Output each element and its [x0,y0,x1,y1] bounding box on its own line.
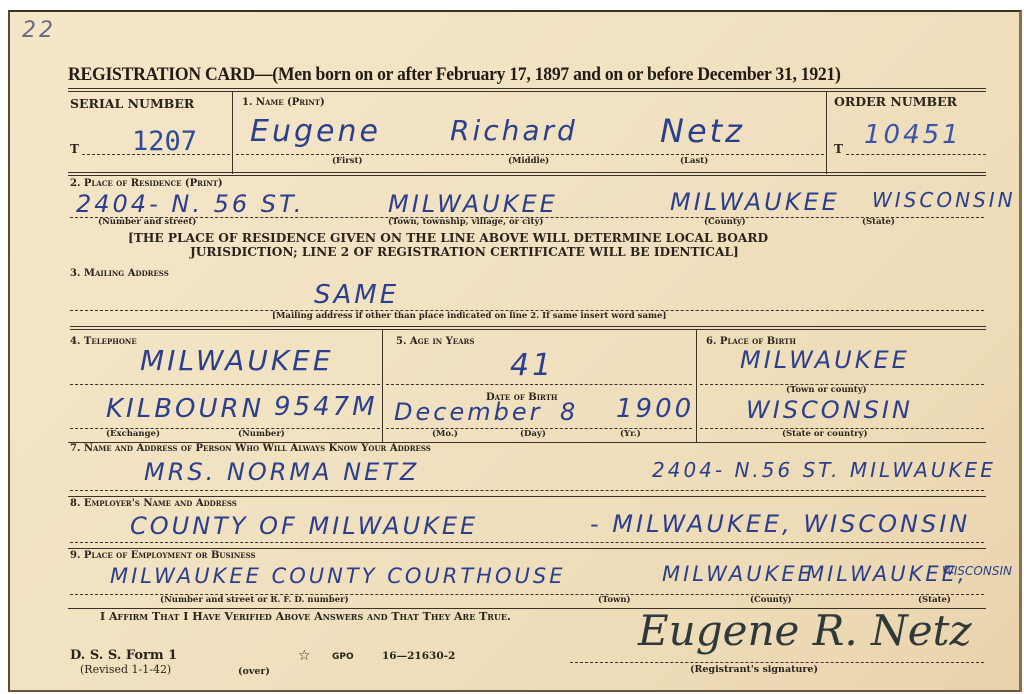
residence-notice-line2: JURISDICTION; LINE 2 OF REGISTRATION CER… [190,245,739,259]
town-caption: (Town, township, village, or city) [388,217,543,227]
mailing-address-value: SAME [314,280,399,310]
month-caption: (Mo.) [432,429,458,439]
first-caption: (First) [332,156,363,166]
star-icon: ☆ [298,648,311,664]
contact-name-value: MRS. NORMA NETZ [144,458,419,486]
employment-town-caption: (Town) [598,595,631,605]
employer-name-value: COUNTY OF MILWAUKEE [130,512,478,540]
last-caption: (Last) [680,156,708,166]
telephone-label: 4. Telephone [70,336,137,347]
serial-number-label: SERIAL NUMBER [70,96,194,111]
employment-label: 9. Place of Employment or Business [70,550,256,561]
middle-caption: (Middle) [508,156,549,166]
employer-label: 8. Employer's Name and Address [70,498,237,509]
corner-note: 22 [22,18,56,43]
affirmation-text: I Affirm That I Have Verified Above Answ… [100,610,511,623]
residence-label: 2. Place of Residence (Print) [70,178,223,189]
serial-prefix: T [70,142,79,156]
print-code: 16—21630-2 [382,650,455,662]
order-prefix: T [834,142,843,156]
residence-notice-line1: [THE PLACE OF RESIDENCE GIVEN ON THE LIN… [128,231,768,245]
employment-town-value: MILWAUKEE [662,562,814,586]
birthplace-state-caption: (State or country) [782,429,868,439]
name-label: 1. Name (Print) [242,97,325,108]
contact-address-value: 2404- N.56 ST. MILWAUKEE [652,458,996,482]
employer-address-value: - MILWAUKEE, WISCONSIN [590,510,970,538]
serial-number-value: 1207 [132,126,197,157]
mailing-caption: [Mailing address if other than place ind… [272,311,666,321]
year-caption: (Yr.) [620,429,641,439]
state-caption: (State) [862,217,895,227]
number-caption: (Number) [238,429,285,439]
dob-year-value: 1900 [616,394,694,424]
signature-caption: (Registrant's signature) [690,664,818,675]
registrant-signature: Eugene R. Netz [638,606,972,655]
employment-street-caption: (Number and street or R. F. D. number) [160,595,349,605]
order-number-value: 10451 [864,120,962,150]
age-value: 41 [510,348,554,383]
telephone-city-value: MILWAUKEE [140,344,334,377]
residence-town-value: MILWAUKEE [388,190,558,218]
dob-day-value: 8 [560,398,578,426]
last-name-value: Netz [660,112,745,150]
first-name-value: Eugene [250,114,381,149]
telephone-number-value: 9547M [274,392,378,422]
registration-card: 22 REGISTRATION CARD—(Men born on or aft… [8,10,1022,692]
form-revised: (Revised 1-1-42) [80,663,171,676]
residence-state-value: WISCONSIN [872,188,1016,212]
order-number-label: ORDER NUMBER [834,94,957,109]
exchange-caption: (Exchange) [106,429,160,439]
employment-state-value: WISCONSIN [942,564,1012,578]
dob-month-value: December [394,398,542,426]
birthplace-town-caption: (Town or county) [786,385,867,395]
birthplace-town-value: MILWAUKEE [740,346,910,374]
form-number: D. S. S. Form 1 [70,648,177,663]
card-title: REGISTRATION CARD—(Men born on or after … [68,64,841,86]
telephone-exchange-value: KILBOURN [106,394,264,424]
residence-county-value: MILWAUKEE [670,188,840,216]
street-caption: (Number and street) [98,217,196,227]
employment-state-caption: (State) [918,595,951,605]
day-caption: (Day) [520,429,546,439]
birthplace-state-value: WISCONSIN [746,396,913,424]
mailing-address-label: 3. Mailing Address [70,268,169,279]
age-label: 5. Age in Years [396,336,474,347]
gpo-mark: GPO [332,652,354,662]
middle-name-value: Richard [450,114,578,147]
employment-county-caption: (County) [750,595,792,605]
contact-label: 7. Name and Address of Person Who Will A… [70,443,431,454]
over-note: (over) [238,666,270,677]
employment-street-value: MILWAUKEE COUNTY COURTHOUSE [110,564,565,588]
residence-street-value: 2404- N. 56 ST. [76,190,304,218]
county-caption: (County) [704,217,746,227]
